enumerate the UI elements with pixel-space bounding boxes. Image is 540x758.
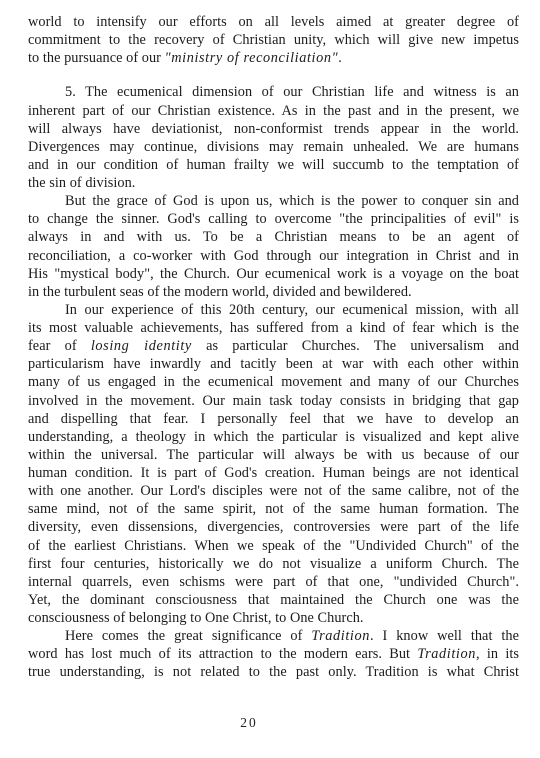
text-line: understanding, a theology in which the p… xyxy=(28,428,519,446)
text-line: human condition. It is part of God's cre… xyxy=(28,464,519,482)
text-line: with one another. Our Lord's disciples w… xyxy=(28,482,519,500)
text-run: as particular Churches. The universalism… xyxy=(192,338,519,354)
text-line: fear of losing identity as particular Ch… xyxy=(28,337,519,355)
emphasis-text: "ministry of reconciliation" xyxy=(165,50,339,66)
text-run: reconciliation, a co-worker with God thr… xyxy=(28,248,519,264)
text-line: and in our condition of human frailty we… xyxy=(28,156,519,174)
text-line: In our experience of this 20th century, … xyxy=(28,301,519,319)
text-line: His "mystical body", the Church. Our ecu… xyxy=(28,265,519,283)
text-run: consciousness of belonging to One Christ… xyxy=(28,610,364,626)
text-run: first four centuries, historically we do… xyxy=(28,556,519,572)
text-line: But the grace of God is upon us, which i… xyxy=(28,192,519,210)
text-run: the sin of division. xyxy=(28,175,135,191)
text-run: and in our condition of human frailty we… xyxy=(28,157,519,173)
page-number: 20 xyxy=(0,715,498,731)
emphasis-text: losing identity xyxy=(91,338,192,354)
text-run: many of us engaged in the ecumenical mov… xyxy=(28,374,519,390)
text-run: with one another. Our Lord's disciples w… xyxy=(28,483,519,499)
text-run: internal quarrels, even schisms were par… xyxy=(28,574,519,590)
text-run: . xyxy=(338,50,342,66)
text-line: inherent part of our Christian existence… xyxy=(28,102,519,120)
paragraph: 5. The ecumenical dimension of our Chris… xyxy=(28,83,519,192)
text-line: true understanding, is not related to th… xyxy=(28,663,519,681)
text-line: commitment to the recovery of Christian … xyxy=(28,31,519,49)
text-line: same mind, not of the same spirit, not o… xyxy=(28,500,519,518)
text-run: But the grace of God is upon us, which i… xyxy=(65,193,519,209)
text-line: to change the sinner. God's calling to o… xyxy=(28,210,519,228)
text-run: will always have deviationist, non-confo… xyxy=(28,121,519,137)
text-run: of the earliest Christians. When we spea… xyxy=(28,538,519,554)
paragraph: Here comes the great significance of Tra… xyxy=(28,627,519,681)
text-line: always in and with us. To be a Christian… xyxy=(28,228,519,246)
text-run: commitment to the recovery of Christian … xyxy=(28,32,519,48)
text-run: in the turbulent seas of the modern worl… xyxy=(28,284,412,300)
text-line: word has lost much of its attraction to … xyxy=(28,645,519,663)
text-run: always in and with us. To be a Christian… xyxy=(28,229,519,245)
text-line: within the universal. The particular wil… xyxy=(28,446,519,464)
paragraph: world to intensify our efforts on all le… xyxy=(28,13,519,67)
text-run: His "mystical body", the Church. Our ecu… xyxy=(28,266,519,282)
text-run: In our experience of this 20th century, … xyxy=(65,302,519,318)
document-page: world to intensify our efforts on all le… xyxy=(28,13,519,682)
text-run: inherent part of our Christian existence… xyxy=(28,103,519,119)
text-line: Divergences may continue, divisions may … xyxy=(28,138,519,156)
text-line: the sin of division. xyxy=(28,174,519,192)
text-line: internal quarrels, even schisms were par… xyxy=(28,573,519,591)
text-run: to change the sinner. God's calling to o… xyxy=(28,211,519,227)
text-line: particularism have inwardly and tacitly … xyxy=(28,355,519,373)
text-run: true understanding, is not related to th… xyxy=(28,664,519,680)
text-line: in the turbulent seas of the modern worl… xyxy=(28,283,519,301)
text-run: diversity, even dissensions, divergencie… xyxy=(28,519,519,535)
text-line: 5. The ecumenical dimension of our Chris… xyxy=(28,83,519,101)
text-run: within the universal. The particular wil… xyxy=(28,447,519,463)
text-run: understanding, a theology in which the p… xyxy=(28,429,519,445)
text-line: first four centuries, historically we do… xyxy=(28,555,519,573)
text-run: Here comes the great significance of xyxy=(65,628,311,644)
text-line: reconciliation, a co-worker with God thr… xyxy=(28,247,519,265)
text-line: world to intensify our efforts on all le… xyxy=(28,13,519,31)
text-line: its most valuable achievements, has suff… xyxy=(28,319,519,337)
text-run: . I know well that the xyxy=(370,628,519,644)
text-run: world to intensify our efforts on all le… xyxy=(28,14,519,30)
text-run: particularism have inwardly and tacitly … xyxy=(28,356,519,372)
text-line: and dispelling that fear. I personally f… xyxy=(28,410,519,428)
text-line: of the earliest Christians. When we spea… xyxy=(28,537,519,555)
text-run: 5. The ecumenical dimension of our Chris… xyxy=(65,84,519,100)
text-line: consciousness of belonging to One Christ… xyxy=(28,609,519,627)
text-line: will always have deviationist, non-confo… xyxy=(28,120,519,138)
paragraph: But the grace of God is upon us, which i… xyxy=(28,192,519,301)
text-run: and dispelling that fear. I personally f… xyxy=(28,411,519,427)
text-run: same mind, not of the same spirit, not o… xyxy=(28,501,519,517)
text-line: many of us engaged in the ecumenical mov… xyxy=(28,373,519,391)
text-line: involved in the movement. Our main task … xyxy=(28,392,519,410)
text-run: its most valuable achievements, has suff… xyxy=(28,320,519,336)
text-run: fear of xyxy=(28,338,91,354)
text-run: , in its xyxy=(476,646,519,662)
text-run: word has lost much of its attraction to … xyxy=(28,646,417,662)
text-run: to the pursuance of our xyxy=(28,50,165,66)
text-run: involved in the movement. Our main task … xyxy=(28,393,519,409)
emphasis-text: Tradition xyxy=(311,628,370,644)
text-line: diversity, even dissensions, divergencie… xyxy=(28,518,519,536)
text-line: to the pursuance of our "ministry of rec… xyxy=(28,49,519,67)
text-line: Here comes the great significance of Tra… xyxy=(28,627,519,645)
text-run: Yet, the dominant consciousness that mai… xyxy=(28,592,519,608)
emphasis-text: Tradition xyxy=(417,646,476,662)
text-run: human condition. It is part of God's cre… xyxy=(28,465,519,481)
text-run: Divergences may continue, divisions may … xyxy=(28,139,519,155)
paragraph: In our experience of this 20th century, … xyxy=(28,301,519,627)
text-line: Yet, the dominant consciousness that mai… xyxy=(28,591,519,609)
